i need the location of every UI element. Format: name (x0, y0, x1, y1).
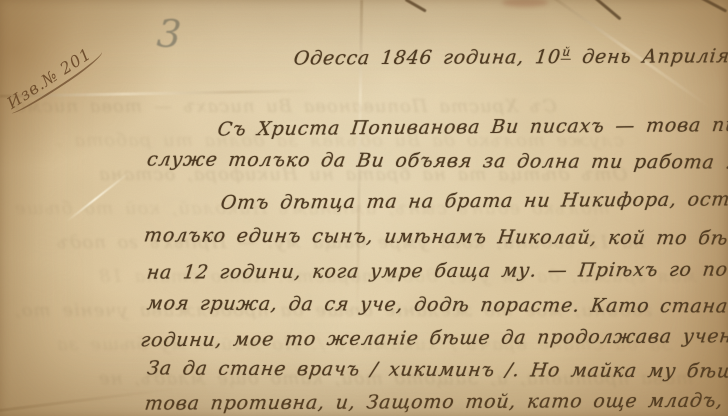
dateline-suffix: день Априлія (570, 45, 728, 68)
paper-scratch (66, 172, 130, 223)
archive-number: Изв.№ 201 (2, 39, 106, 118)
letter-line-2: служе толъко да Ви объявя за долна ти ра… (146, 148, 728, 173)
ink-stroke-top-3 (698, 0, 728, 13)
letter-line-9: това противна, и, Защото той, като още м… (144, 389, 728, 414)
ink-smudge-top (502, 0, 548, 7)
dateline-prefix: Одесса 1846 година, 10 (292, 46, 562, 69)
manuscript-photo: Съ Христа Попиванова Ви писахъ — това пи… (0, 0, 728, 416)
letter-line-5: на 12 години, кога умре баща му. — Пріѣх… (146, 258, 728, 283)
letter-line-1: Съ Христа Попиванова Ви писахъ — това пи… (216, 114, 728, 141)
pencil-page-number: 3 (155, 11, 182, 57)
letter-line-3: Отъ дѣтца та на брата ни Никифора, остан… (219, 188, 728, 214)
letter-line-7: години, мое то желаніе бѣше да продолжав… (139, 325, 728, 352)
ink-stroke-top-1 (405, 0, 427, 13)
letter-line-8: За да стане врачъ / хикиминъ /. Но майка… (146, 357, 728, 382)
letter-line-6: моя грижа, да ся уче, додѣ порасте. Като… (146, 292, 728, 317)
dateline: Одесса 1846 година, 10й день Априлія (292, 44, 728, 70)
ink-stroke-top-2 (592, 0, 622, 20)
letter-line-4: толъко единъ сынъ, имѣнамъ Николай, кой … (143, 224, 728, 249)
bleed-through-line: Съ Христа Попиванова Ви писахъ — това пи… (14, 96, 557, 117)
